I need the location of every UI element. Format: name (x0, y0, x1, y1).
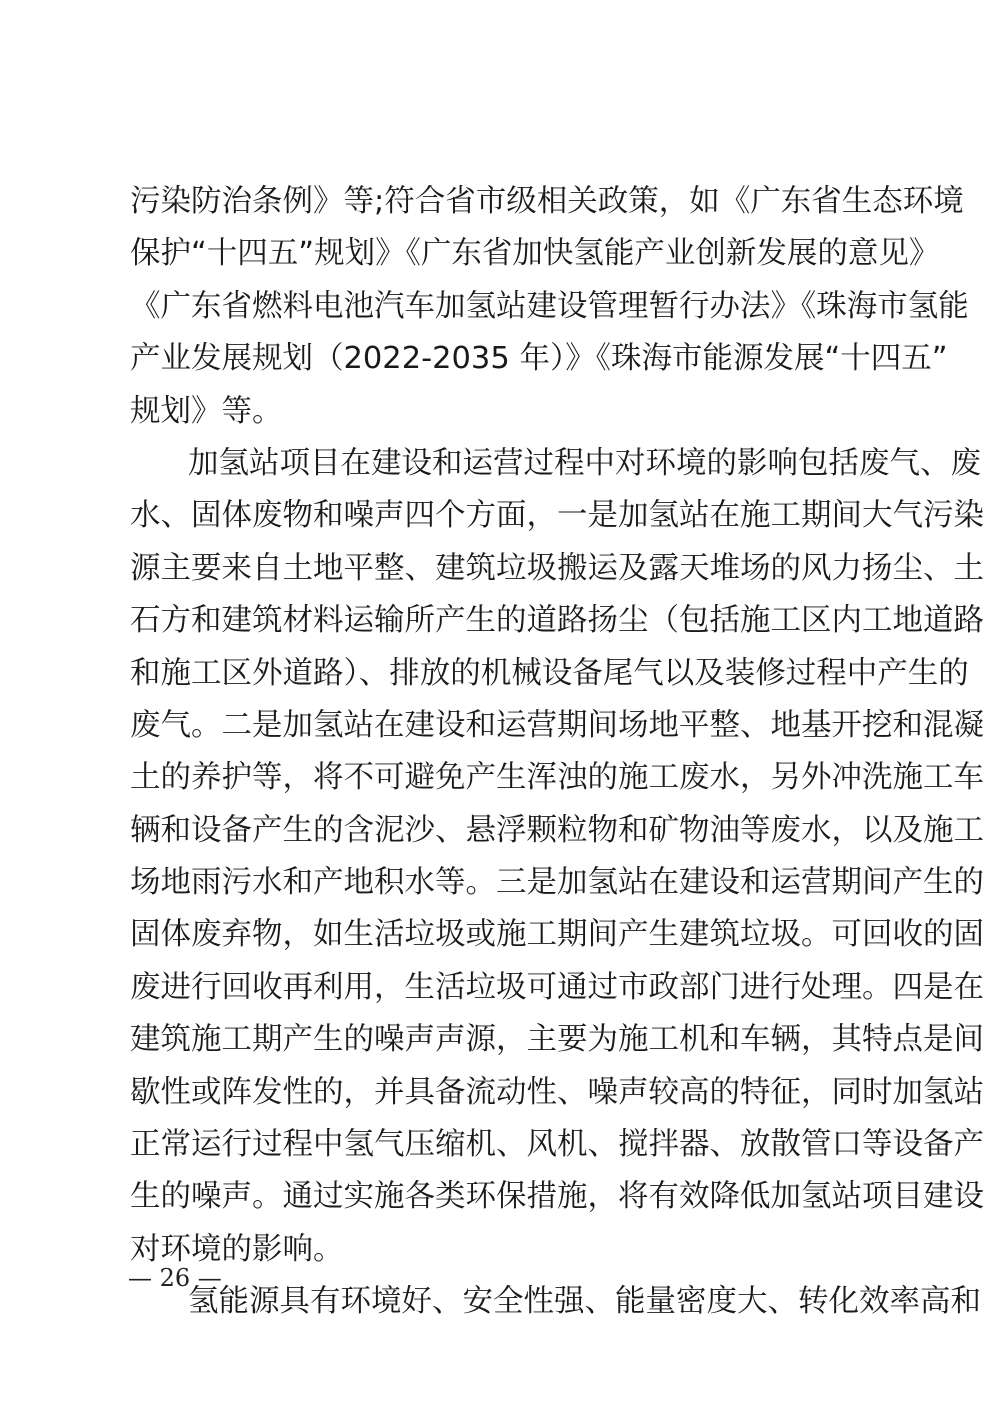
text-line: 建筑施工期产生的噪声声源，主要为施工机和车辆，其特点是间 (130, 1020, 875, 1072)
text-line: 加氢站项目在建设和运营过程中对环境的影响包括废气、废 (130, 444, 875, 496)
text-line: 规划》等。 (130, 392, 875, 444)
text-line: 产业发展规划（2022-2035 年）》《珠海市能源发展“十四五” (130, 339, 875, 391)
text-line: 源主要来自土地平整、建筑垃圾搬运及露天堆场的风力扬尘、土 (130, 549, 875, 601)
page-number: — 26 — (128, 1264, 222, 1292)
text-line: 对环境的影响。 (130, 1230, 875, 1282)
document-page: 污染防治条例》等;符合省市级相关政策，如《广东省生态环境 保护“十四五”规划》《… (0, 0, 1000, 1414)
text-line: 氢能源具有环境好、安全性强、能量密度大、转化效率高和 (130, 1282, 875, 1334)
text-line: 歇性或阵发性的，并具备流动性、噪声较高的特征，同时加氢站 (130, 1073, 875, 1125)
text-line: 保护“十四五”规划》《广东省加快氢能产业创新发展的意见》 (130, 234, 875, 286)
text-line: 固体废弃物，如生活垃圾或施工期间产生建筑垃圾。可回收的固 (130, 915, 875, 967)
text-line: 水、固体废物和噪声四个方面，一是加氢站在施工期间大气污染 (130, 496, 875, 548)
text-line: 辆和设备产生的含泥沙、悬浮颗粒物和矿物油等废水，以及施工 (130, 811, 875, 863)
text-line: 污染防治条例》等;符合省市级相关政策，如《广东省生态环境 (130, 182, 875, 234)
paragraph-hydrogen-advantages: 氢能源具有环境好、安全性强、能量密度大、转化效率高和 (130, 1282, 875, 1334)
text-line: 生的噪声。通过实施各类环保措施，将有效降低加氢站项目建设 (130, 1177, 875, 1229)
paragraph-environmental-impact: 加氢站项目在建设和运营过程中对环境的影响包括废气、废 水、固体废物和噪声四个方面… (130, 444, 875, 1282)
text-line: 石方和建筑材料运输所产生的道路扬尘（包括施工区内工地道路 (130, 601, 875, 653)
text-line: 《广东省燃料电池汽车加氢站建设管理暂行办法》《珠海市氢能 (130, 287, 875, 339)
text-line: 场地雨污水和产地积水等。三是加氢站在建设和运营期间产生的 (130, 863, 875, 915)
document-body: 污染防治条例》等;符合省市级相关政策，如《广东省生态环境 保护“十四五”规划》《… (130, 182, 875, 1335)
text-line: 正常运行过程中氢气压缩机、风机、搅拌器、放散管口等设备产 (130, 1125, 875, 1177)
text-line: 废气。二是加氢站在建设和运营期间场地平整、地基开挖和混凝 (130, 706, 875, 758)
paragraph-policies: 污染防治条例》等;符合省市级相关政策，如《广东省生态环境 保护“十四五”规划》《… (130, 182, 875, 444)
text-line: 废进行回收再利用，生活垃圾可通过市政部门进行处理。四是在 (130, 968, 875, 1020)
text-line: 和施工区外道路）、排放的机械设备尾气以及装修过程中产生的 (130, 654, 875, 706)
text-line: 土的养护等，将不可避免产生浑浊的施工废水，另外冲洗施工车 (130, 758, 875, 810)
